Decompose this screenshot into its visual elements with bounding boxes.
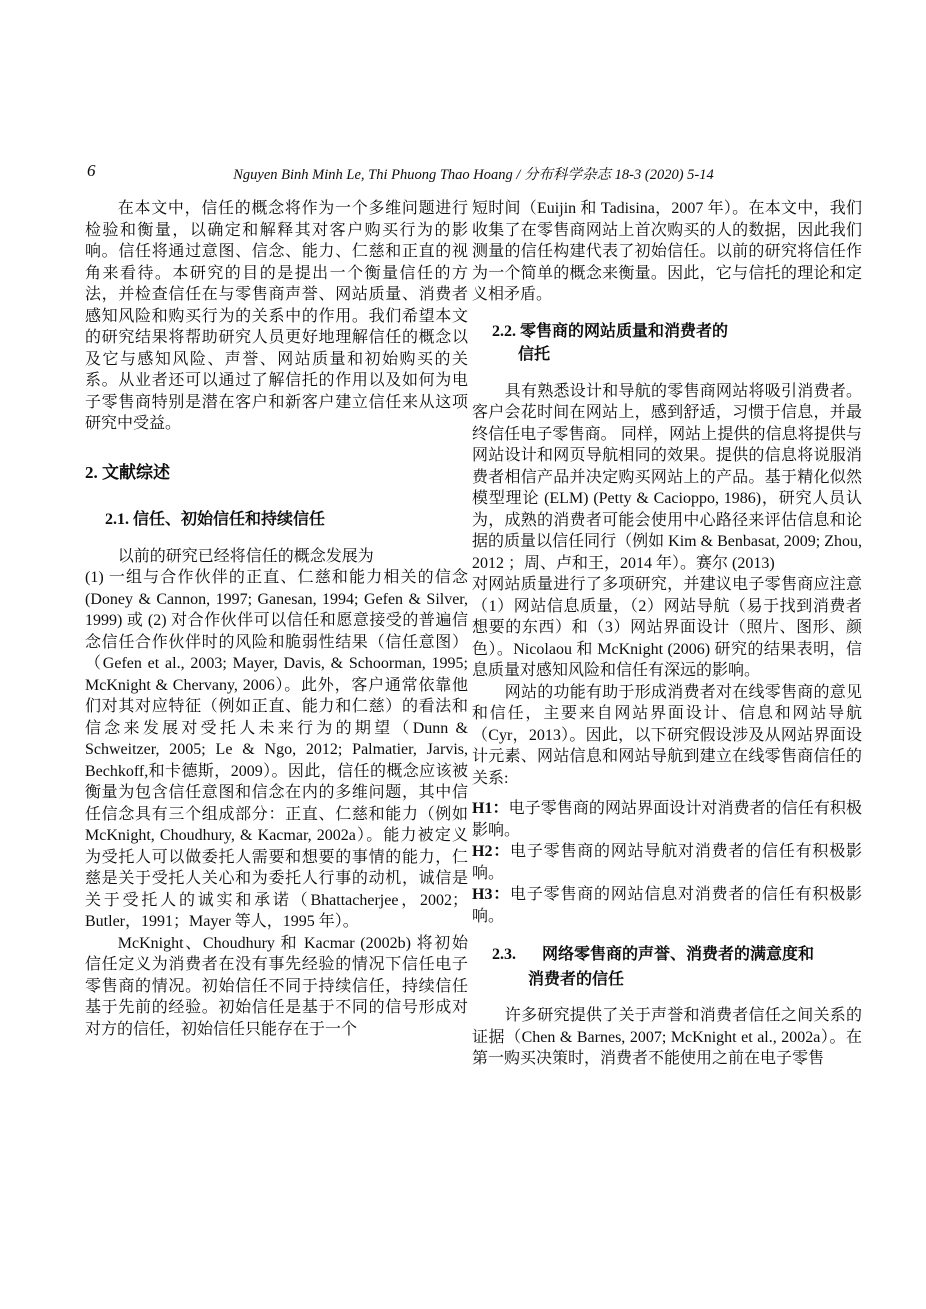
- section-2-2-heading-line2: 信托: [518, 343, 862, 366]
- section-2-3-heading-line2: 消费者的信任: [528, 967, 862, 992]
- hypothesis-h2-text: 电子零售商的网站导航对消费者的信任有积极影响。: [472, 843, 862, 882]
- section-2-1-heading: 2.1. 信任、初始信任和持续信任: [105, 508, 468, 532]
- hypothesis-h2: H2：电子零售商的网站导航对消费者的信任有积极影响。: [472, 841, 862, 884]
- hypothesis-h2-label: H2：: [472, 843, 510, 860]
- paragraph-trust-definitions: (1) 一组与合作伙伴的正直、仁慈和能力相关的信念 (Doney & Canno…: [85, 567, 468, 933]
- section-2-2-heading: 2.2. 零售商的网站质量和消费者的 信托: [472, 320, 862, 366]
- section-2-3-heading-line1: 2.3.网络零售商的声誉、消费者的满意度和: [492, 942, 862, 967]
- paragraph-website-quality-a: 具有熟悉设计和导航的零售商网站将吸引消费者。客户会花时间在网站上，感到舒适，习惯…: [472, 381, 862, 575]
- running-title: Nguyen Binh Minh Le, Thi Phuong Thao Hoa…: [85, 161, 862, 184]
- section-2-3-number: 2.3.: [492, 946, 516, 963]
- paragraph-initial-trust: McKnight、Choudhury 和 Kacmar (2002b) 将初始信…: [85, 933, 468, 1041]
- hypothesis-h1: H1：电子零售商的网站界面设计对消费者的信任有积极影响。: [472, 798, 862, 841]
- page-header: 6 Nguyen Binh Minh Le, Thi Phuong Thao H…: [85, 161, 862, 183]
- left-column: 在本文中，信任的概念将作为一个多维问题进行检验和衡量，以确定和解释其对客户购买行…: [85, 198, 468, 1040]
- paragraph-trust-definitions-lead: 以前的研究已经将信任的概念发展为: [85, 546, 468, 568]
- paragraph-initial-trust-continuation: 短时间（Euijin 和 Tadisina，2007 年）。在本文中，我们收集了…: [472, 198, 862, 306]
- hypotheses-block: H1：电子零售商的网站界面设计对消费者的信任有积极影响。 H2：电子零售商的网站…: [472, 798, 862, 927]
- paragraph-reputation: 许多研究提供了关于声誉和消费者信任之间关系的证据（Chen & Barnes, …: [472, 1005, 862, 1070]
- right-column: 短时间（Euijin 和 Tadisina，2007 年）。在本文中，我们收集了…: [472, 198, 862, 1070]
- hypothesis-h1-text: 电子零售商的网站界面设计对消费者的信任有积极影响。: [472, 800, 862, 839]
- page-number: 6: [87, 161, 96, 181]
- section-2-3-title-line1: 网络零售商的声誉、消费者的满意度和: [542, 946, 814, 963]
- hypothesis-h3-text: 电子零售商的网站信息对消费者的信任有积极影响。: [472, 886, 862, 925]
- section-2-2-heading-line1: 2.2. 零售商的网站质量和消费者的: [492, 320, 862, 343]
- paragraph-website-functions: 网站的功能有助于形成消费者对在线零售商的意见和信任，主要来自网站界面设计、信息和…: [472, 682, 862, 790]
- hypothesis-h1-label: H1：: [472, 800, 509, 817]
- paragraph-website-quality-b: 对网站质量进行了多项研究，并建议电子零售商应注意（1）网站信息质量，（2）网站导…: [472, 574, 862, 682]
- section-2-3-heading: 2.3.网络零售商的声誉、消费者的满意度和 消费者的信任: [472, 942, 862, 992]
- paper-page: 6 Nguyen Binh Minh Le, Thi Phuong Thao H…: [0, 0, 926, 1309]
- hypothesis-h3: H3：电子零售商的网站信息对消费者的信任有积极影响。: [472, 884, 862, 927]
- section-2-heading: 2. 文献综述: [85, 461, 468, 485]
- hypothesis-h3-label: H3：: [472, 886, 510, 903]
- paragraph-intro: 在本文中，信任的概念将作为一个多维问题进行检验和衡量，以确定和解释其对客户购买行…: [85, 198, 468, 435]
